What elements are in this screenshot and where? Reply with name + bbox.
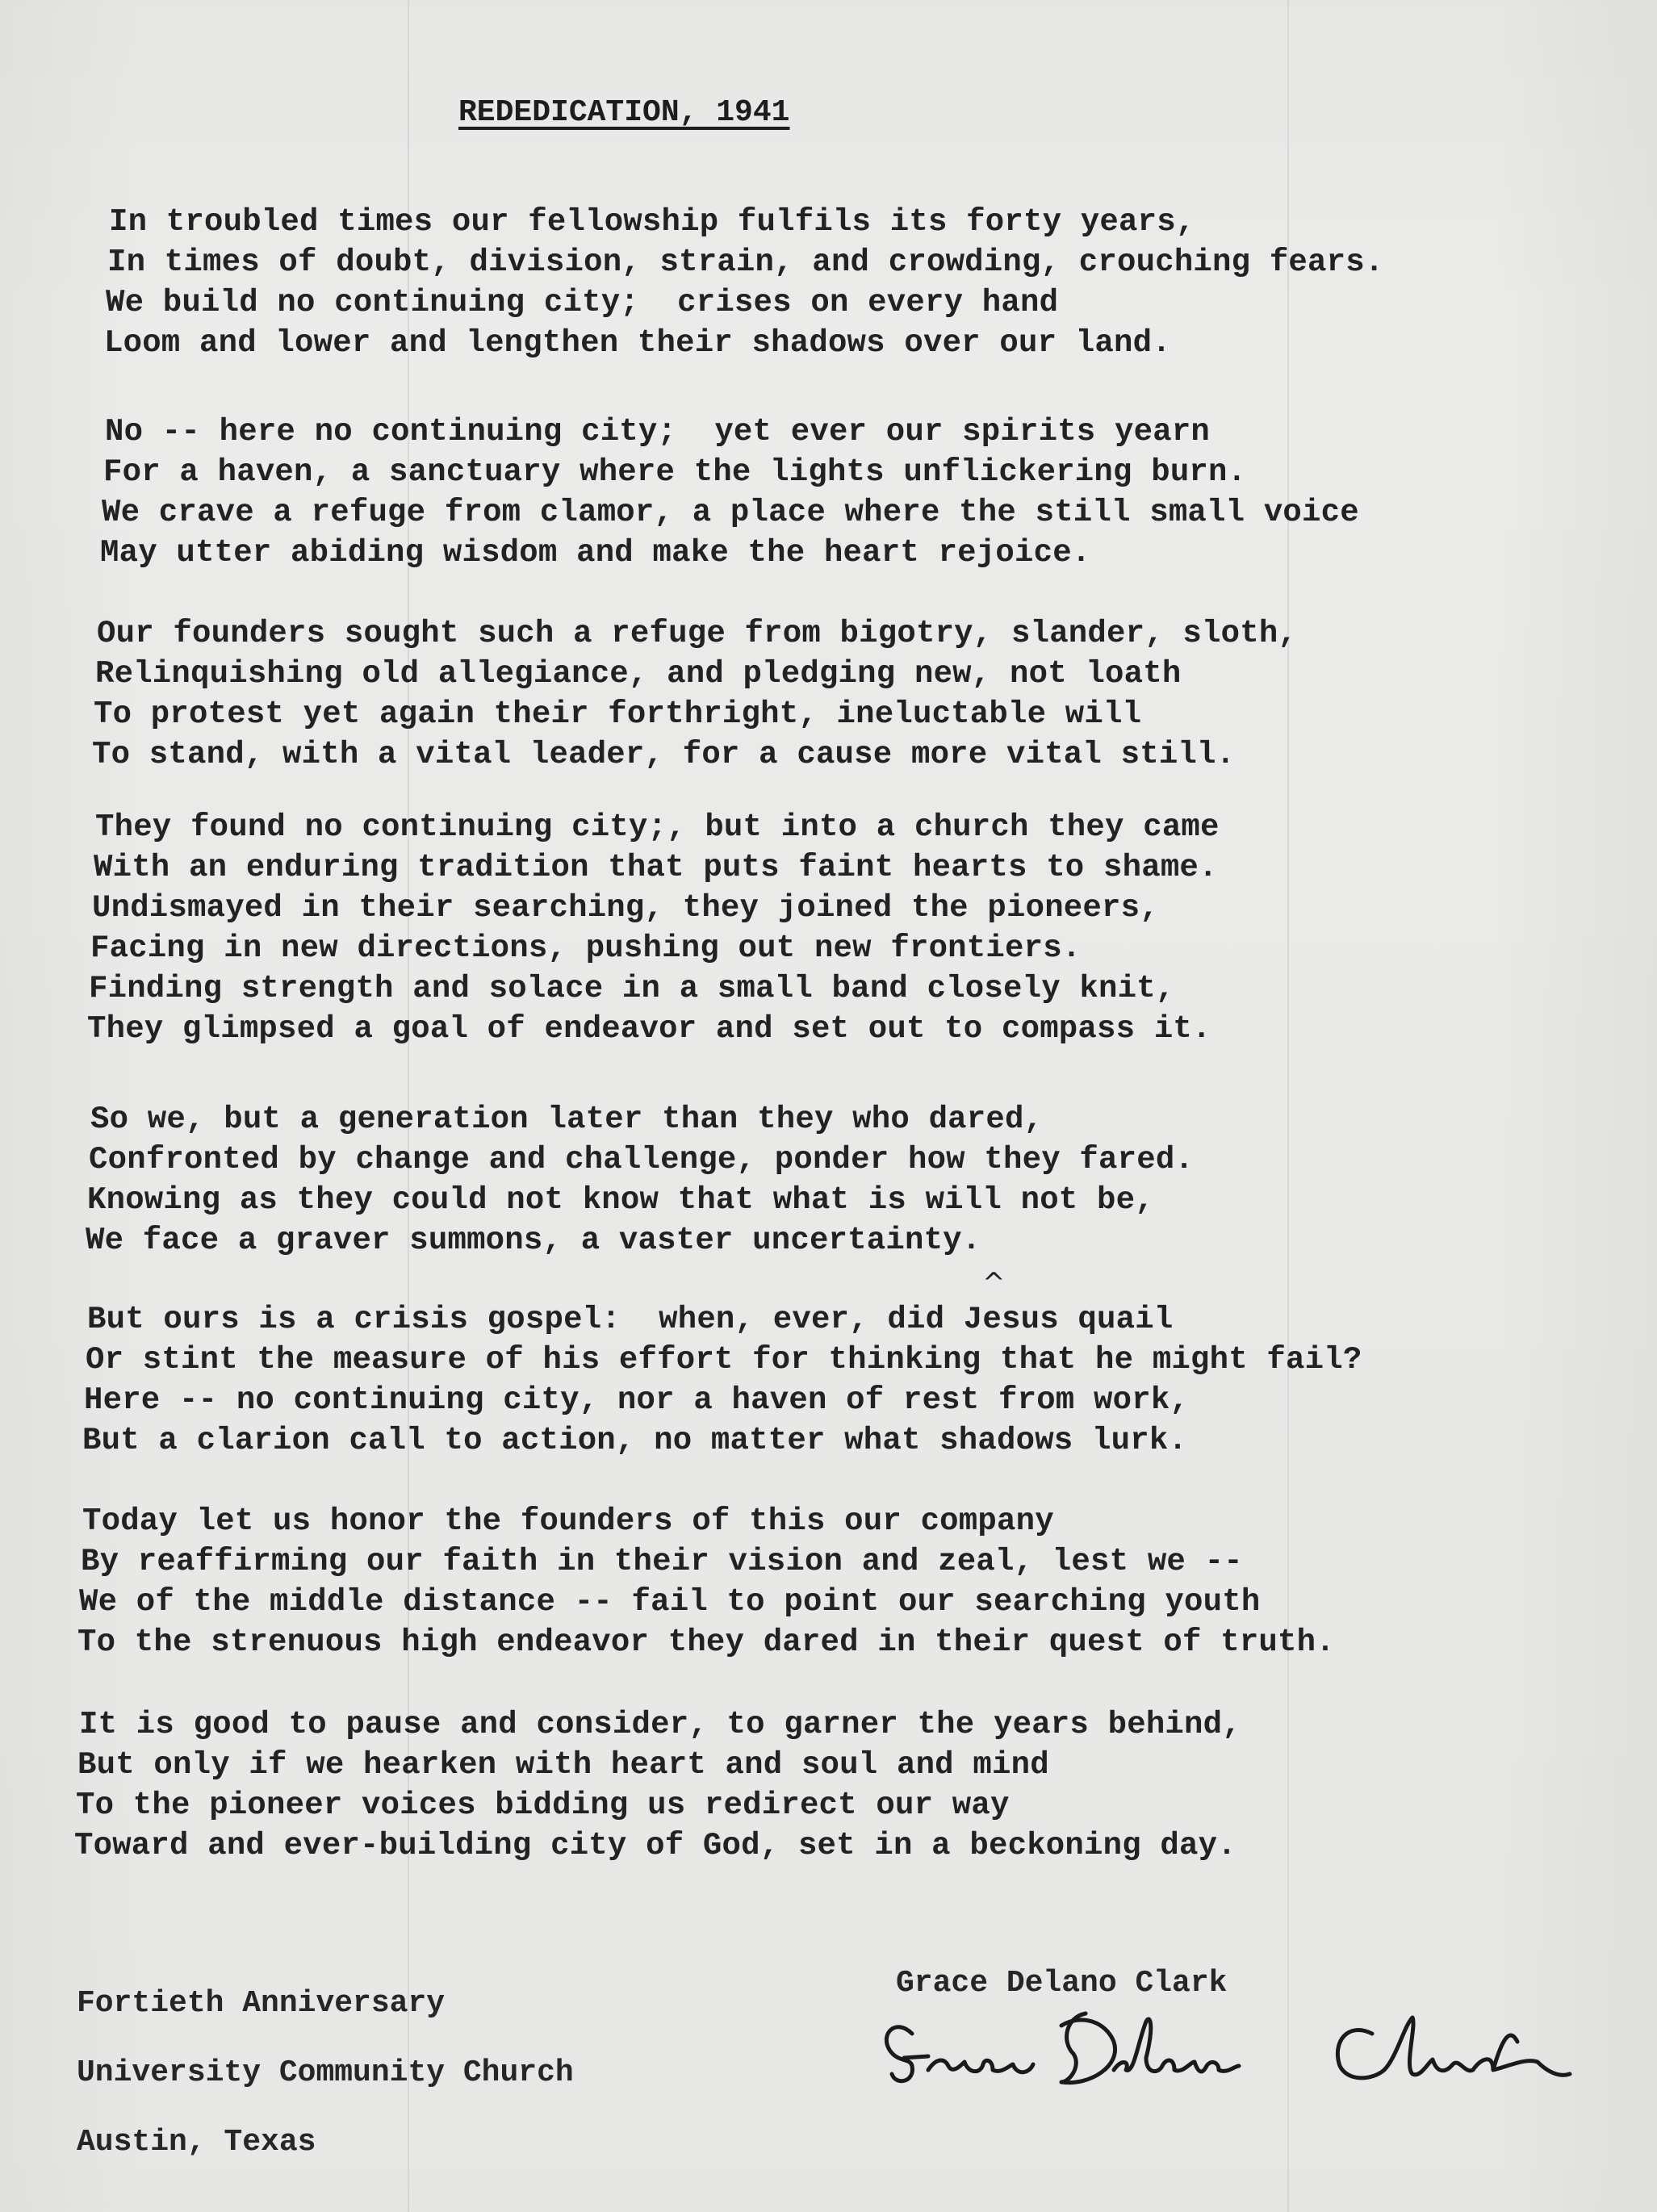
- poem-line: Our founders sought such a refuge from b…: [97, 613, 1297, 654]
- poem-line: Knowing as they could not know that what…: [87, 1180, 1194, 1220]
- stanza: They found no continuing city;, but into…: [95, 807, 1220, 1049]
- insertion-caret: ^: [982, 1267, 1006, 1299]
- poem-line: May utter abiding wisdom and make the he…: [100, 533, 1359, 573]
- dedication-footer: Fortieth Anniversary University Communit…: [77, 1955, 574, 2177]
- poem-line: Toward and ever-building city of God, se…: [74, 1825, 1241, 1866]
- handwritten-signature: [880, 2009, 1590, 2102]
- poem-line: Today let us honor the founders of this …: [82, 1501, 1335, 1541]
- poem-line: So we, but a generation later than they …: [90, 1099, 1194, 1139]
- author-typed-name: Grace Delano Clark: [896, 1966, 1227, 2001]
- stanza: But ours is a crisis gospel: when, ever,…: [87, 1299, 1362, 1461]
- poem-line: But only if we hearken with heart and so…: [77, 1745, 1241, 1785]
- poem-line: Confronted by change and challenge, pond…: [89, 1139, 1194, 1180]
- stanza: Today let us honor the founders of this …: [82, 1501, 1335, 1662]
- poem-line: To the strenuous high endeavor they dare…: [77, 1622, 1335, 1662]
- poem-line: But a clarion call to action, no matter …: [82, 1420, 1362, 1461]
- poem-line: It is good to pause and consider, to gar…: [79, 1704, 1241, 1745]
- footer-organization: University Community Church: [77, 2053, 574, 2093]
- document-title: REDEDICATION, 1941: [458, 95, 789, 130]
- poem-line: With an enduring tradition that puts fai…: [94, 847, 1220, 888]
- poem-line: To the pioneer voices bidding us redirec…: [76, 1785, 1241, 1825]
- stanza: No -- here no continuing city; yet ever …: [105, 412, 1359, 573]
- poem-line: In troubled times our fellowship fulfils…: [109, 202, 1383, 242]
- poem-line: They found no continuing city;, but into…: [95, 807, 1220, 847]
- poem-line: They glimpsed a goal of endeavor and set…: [87, 1009, 1220, 1049]
- signature-icon: [880, 2009, 1590, 2098]
- poem-line: But ours is a crisis gospel: when, ever,…: [87, 1299, 1362, 1340]
- poem-line: Or stint the measure of his effort for t…: [86, 1340, 1362, 1380]
- poem-line: To stand, with a vital leader, for a cau…: [92, 734, 1297, 775]
- footer-location: Austin, Texas: [77, 2122, 574, 2163]
- poem-line: By reaffirming our faith in their vision…: [81, 1541, 1335, 1582]
- poem-line: For a haven, a sanctuary where the light…: [103, 452, 1359, 492]
- poem-line: We crave a refuge from clamor, a place w…: [102, 492, 1359, 533]
- stanza: So we, but a generation later than they …: [90, 1099, 1194, 1261]
- poem-line: Facing in new directions, pushing out ne…: [90, 928, 1220, 968]
- footer-occasion: Fortieth Anniversary: [77, 1984, 574, 2024]
- poem-line: We build no continuing city; crises on e…: [106, 282, 1383, 323]
- stanza: Our founders sought such a refuge from b…: [97, 613, 1297, 775]
- poem-line: To protest yet again their forthright, i…: [94, 694, 1297, 734]
- poem-line: Here -- no continuing city, nor a haven …: [84, 1380, 1362, 1420]
- poem-line: Finding strength and solace in a small b…: [89, 968, 1220, 1009]
- stanza: In troubled times our fellowship fulfils…: [109, 202, 1383, 363]
- poem-line: Relinquishing old allegiance, and pledgi…: [95, 654, 1297, 694]
- poem-line: We face a graver summons, a vaster uncer…: [86, 1220, 1194, 1261]
- poem-line: We of the middle distance -- fail to poi…: [79, 1582, 1335, 1622]
- poem-line: No -- here no continuing city; yet ever …: [105, 412, 1359, 452]
- poem-line: In times of doubt, division, strain, and…: [107, 242, 1383, 282]
- stanza: It is good to pause and consider, to gar…: [79, 1704, 1241, 1866]
- poem-line: Loom and lower and lengthen their shadow…: [104, 323, 1383, 363]
- poem-line: Undismayed in their searching, they join…: [92, 888, 1220, 928]
